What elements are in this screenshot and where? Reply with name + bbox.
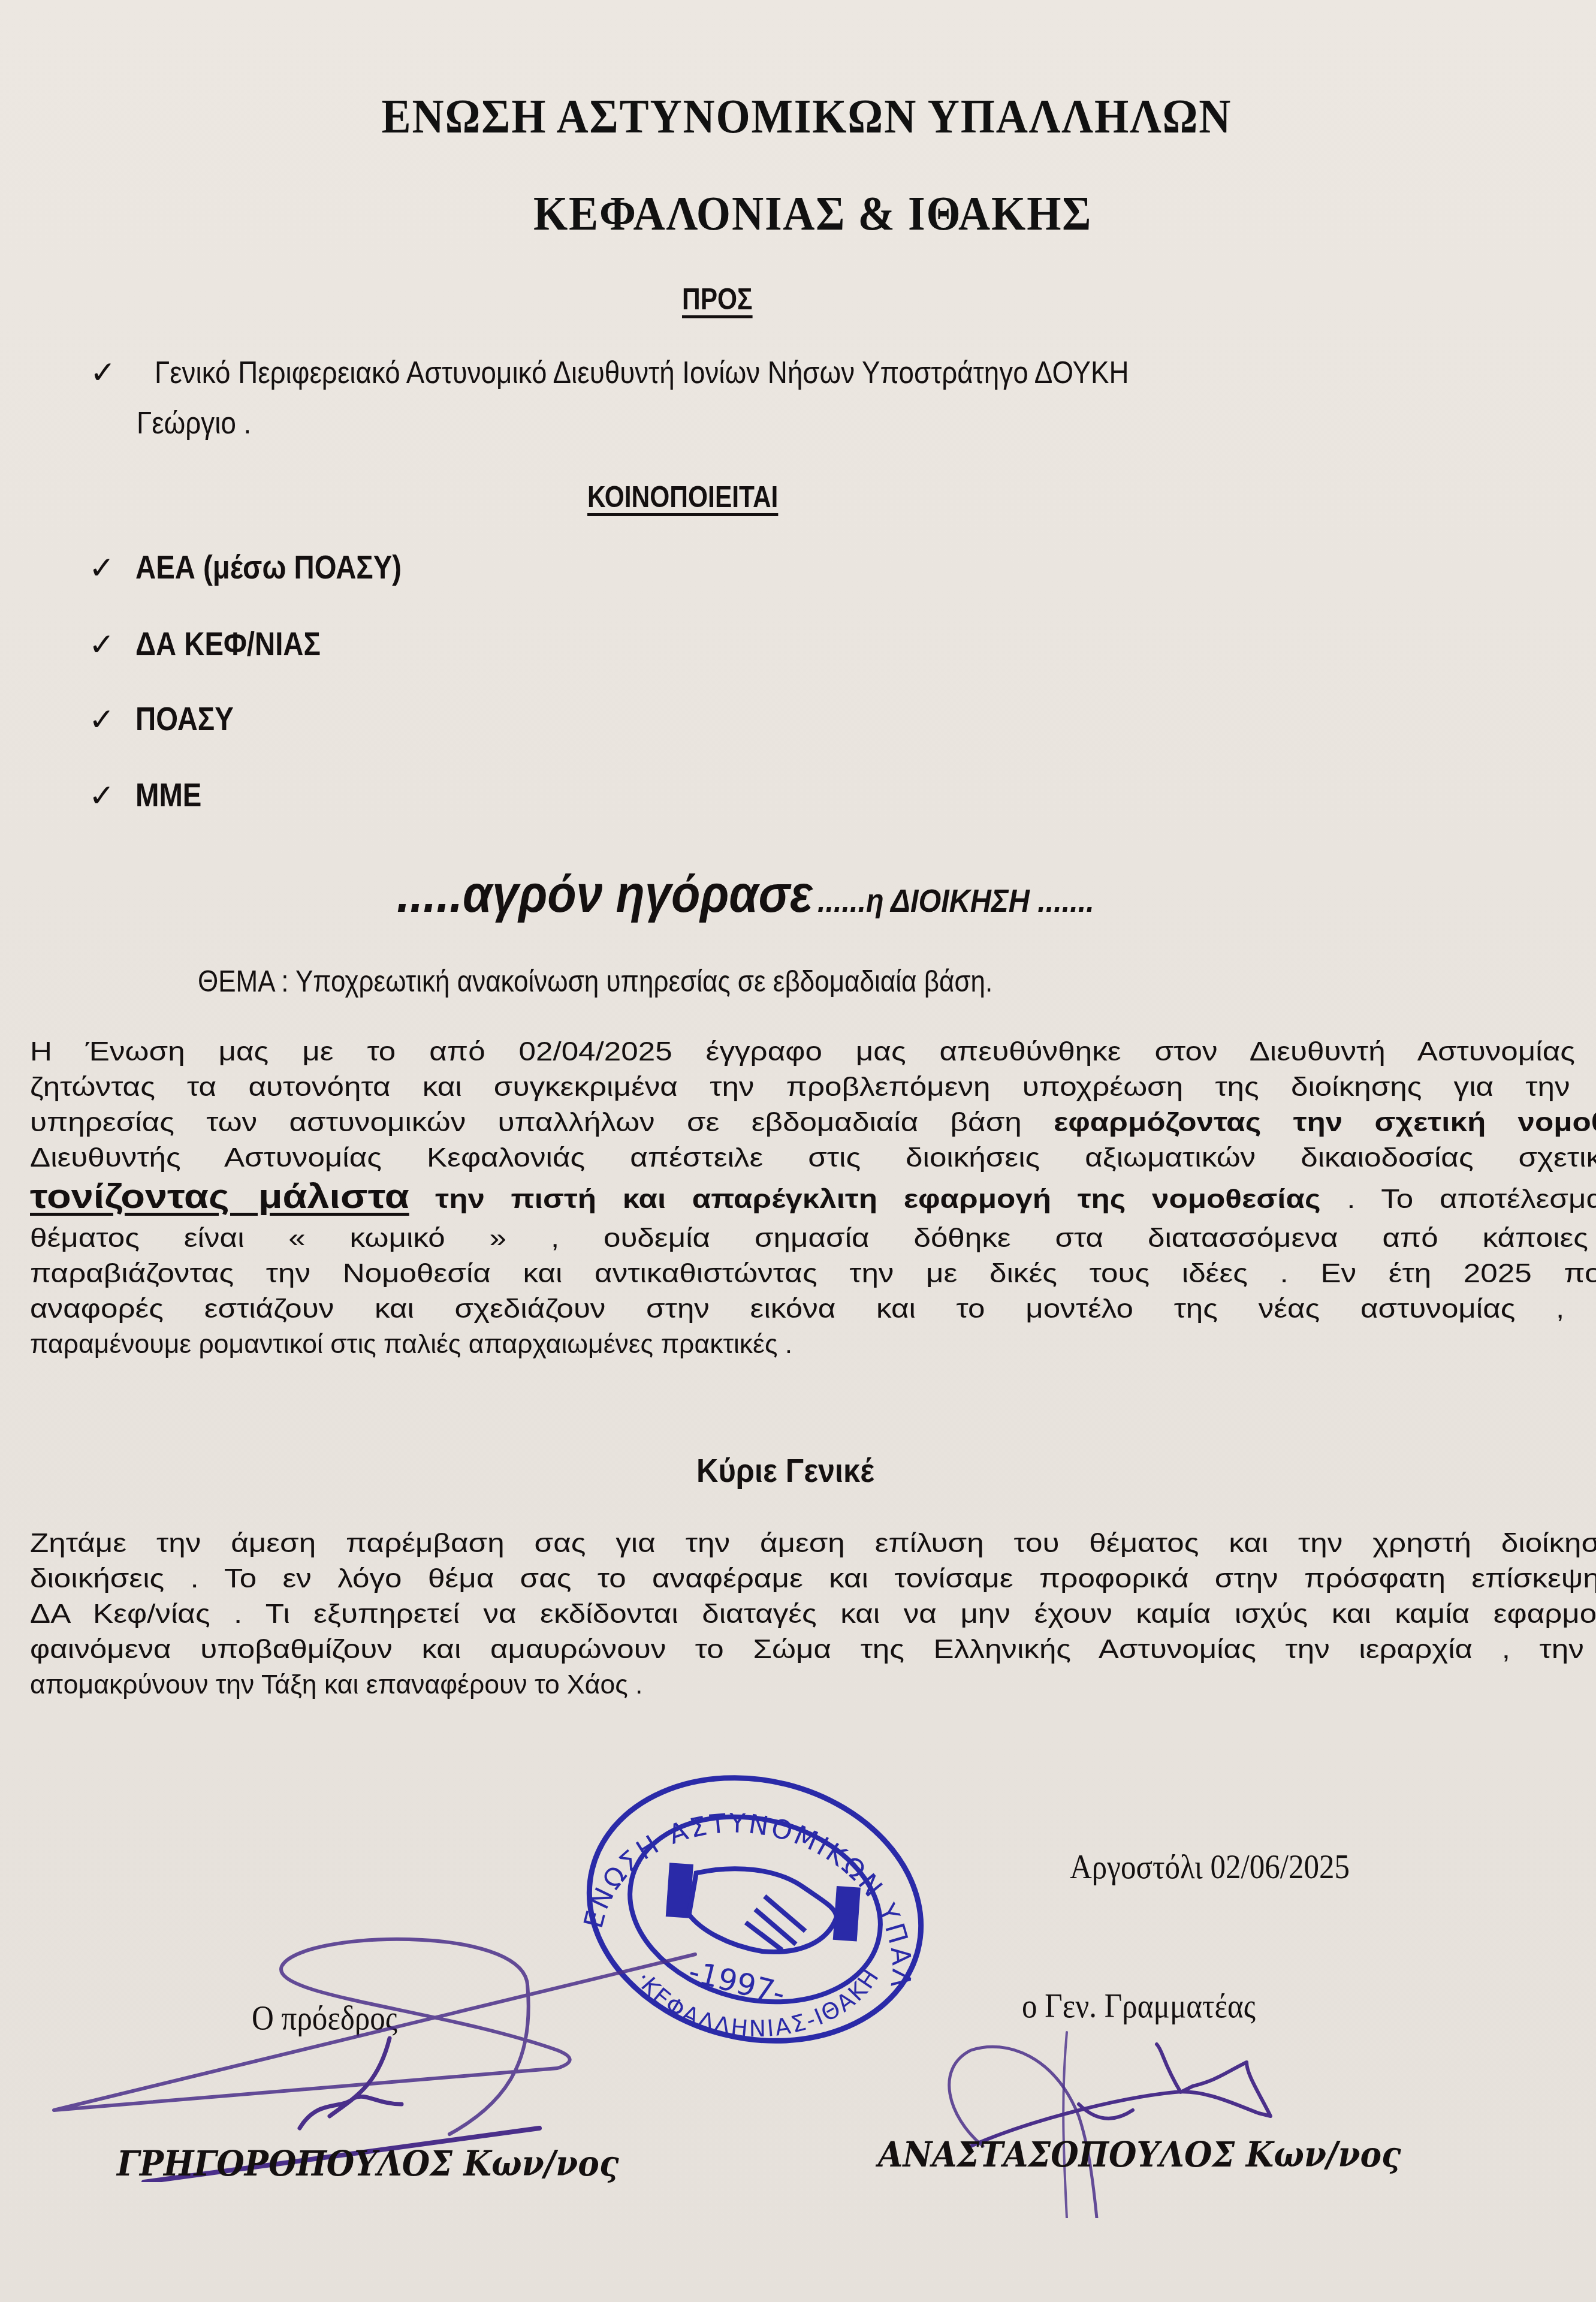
slogan: .....αγρόν ηγόρασε ......η ΔΙΟΙΚΗΣΗ ....…	[397, 863, 1094, 924]
org-title-line1: ΕΝΩΣΗ ΑΣΤΥΝΟΜΙΚΩΝ ΥΠΑΛΛΗΛΩΝ	[382, 90, 1231, 144]
secretary-name: ΑΝΑΣΤΑΣΟΠΟΥΛΟΣ Κων/νος	[878, 2134, 1401, 2175]
to-heading: ΠΡΟΣ	[682, 282, 753, 317]
check-icon: ✓	[89, 627, 115, 663]
emphasis-underlined: τονίζοντας μάλιστα	[30, 1177, 409, 1216]
secretary-role: ο Γεν. Γραμματέας	[1022, 1985, 1256, 2026]
place-date: Αργοστόλι 02/06/2025	[1070, 1846, 1350, 1887]
secretary-signature-icon	[935, 2026, 1414, 2218]
subject-line: ΘΕΜΑ : Υποχρεωτική ανακοίνωση υπηρεσίας …	[198, 964, 992, 999]
check-icon: ✓	[89, 702, 115, 738]
check-icon: ✓	[90, 355, 116, 391]
org-title-line2: ΚΕΦΑΛΟΝΙΑΣ & ΙΘΑΚΗΣ	[533, 187, 1085, 242]
salutation: Κύριε Γενικέ	[634, 1451, 936, 1490]
to-line-1: Γενικό Περιφερειακό Αστυνομικό Διευθυντή…	[155, 355, 1420, 391]
body-paragraph-1: Η Ένωση μας με το από 02/04/2025 έγγραφο…	[30, 1034, 1540, 1362]
president-name: ΓΡΗΓΟΡΟΠΟΥΛΟΣ Κων/νος	[117, 2143, 619, 2184]
to-line-2: Γεώργιο .	[137, 405, 251, 441]
body-paragraph-2: Ζητάμε την άμεση παρέμβαση σας για την ά…	[30, 1526, 1540, 1703]
check-icon: ✓	[89, 550, 115, 586]
check-icon: ✓	[89, 778, 115, 814]
cc-heading: ΚΟΙΝΟΠΟΙΕΙΤΑΙ	[587, 480, 778, 514]
